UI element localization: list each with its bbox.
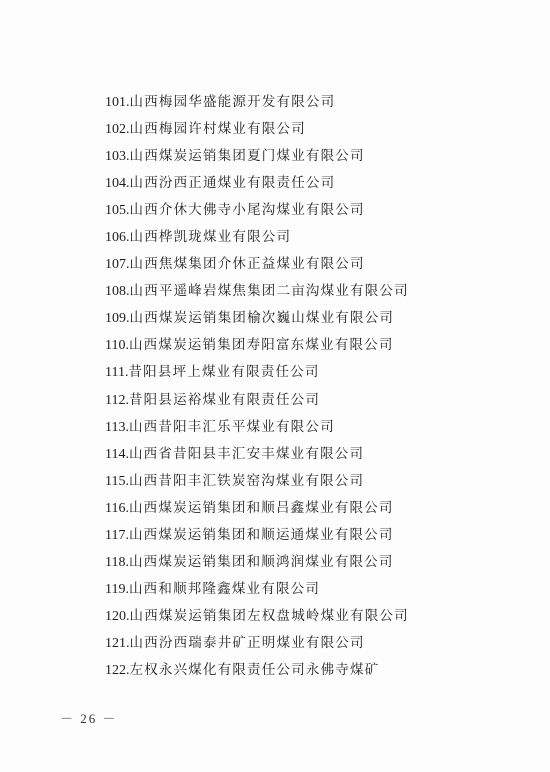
- list-item: 121.山西汾西瑞泰井矿正明煤业有限公司: [105, 630, 409, 657]
- list-item: 105.山西介休大佛寺小尾沟煤业有限公司: [105, 197, 409, 224]
- list-item: 101.山西梅园华盛能源开发有限公司: [105, 89, 409, 116]
- list-item: 114.山西省昔阳县丰汇安丰煤业有限公司: [105, 441, 409, 468]
- item-name: 昔阳县坪上煤业有限责任公司: [128, 364, 319, 380]
- item-number: 114.: [105, 447, 129, 462]
- item-name: 山西汾西瑞泰井矿正明煤业有限公司: [130, 635, 365, 651]
- item-number: 112.: [105, 393, 129, 408]
- list-item: 109.山西煤炭运销集团榆次巍山煤业有限公司: [105, 305, 409, 332]
- item-name: 山西昔阳丰汇乐平煤业有限公司: [129, 419, 335, 435]
- list-item: 122.左权永兴煤化有限责任公司永佛寺煤矿: [105, 657, 409, 684]
- item-number: 121.: [105, 636, 130, 651]
- item-name: 山西梅园许村煤业有限公司: [130, 121, 306, 137]
- list-item: 110.山西煤炭运销集团寿阳富东煤业有限公司: [105, 332, 409, 359]
- item-name: 昔阳县运裕煤业有限责任公司: [129, 392, 320, 408]
- list-item: 120.山西煤炭运销集团左权盘城岭煤业有限公司: [105, 603, 409, 630]
- item-number: 106.: [105, 230, 130, 245]
- list-item: 103.山西煤炭运销集团夏门煤业有限公司: [105, 143, 409, 170]
- list-item: 117.山西煤炭运销集团和顺运通煤业有限公司: [105, 522, 409, 549]
- item-number: 104.: [105, 176, 130, 191]
- item-name: 山西煤炭运销集团和顺吕鑫煤业有限公司: [129, 500, 394, 516]
- company-list: 101.山西梅园华盛能源开发有限公司 102.山西梅园许村煤业有限公司 103.…: [105, 89, 409, 684]
- item-name: 山西平遥峰岩煤焦集团二亩沟煤业有限公司: [130, 283, 409, 299]
- item-number: 101.: [105, 95, 130, 110]
- item-number: 113.: [105, 420, 129, 435]
- list-item: 104.山西汾西正通煤业有限责任公司: [105, 170, 409, 197]
- item-number: 122.: [105, 663, 130, 678]
- item-number: 118.: [105, 555, 129, 570]
- document-page: 101.山西梅园华盛能源开发有限公司 102.山西梅园许村煤业有限公司 103.…: [0, 0, 550, 772]
- list-item: 118.山西煤炭运销集团和顺鸿润煤业有限公司: [105, 549, 409, 576]
- item-number: 116.: [105, 501, 129, 516]
- item-name: 山西昔阳丰汇铁炭窑沟煤业有限公司: [129, 473, 364, 489]
- item-number: 110.: [105, 338, 129, 353]
- list-item: 107.山西焦煤集团介休正益煤业有限公司: [105, 251, 409, 278]
- item-number: 120.: [105, 609, 130, 624]
- list-item: 106.山西桦凯珑煤业有限公司: [105, 224, 409, 251]
- item-number: 103.: [105, 149, 130, 164]
- item-name: 山西煤炭运销集团夏门煤业有限公司: [130, 148, 365, 164]
- list-item: 116.山西煤炭运销集团和顺吕鑫煤业有限公司: [105, 495, 409, 522]
- item-name: 山西省昔阳县丰汇安丰煤业有限公司: [129, 446, 364, 462]
- list-item: 111.昔阳县坪上煤业有限责任公司: [105, 359, 409, 386]
- item-number: 117.: [105, 528, 129, 543]
- list-item: 115.山西昔阳丰汇铁炭窑沟煤业有限公司: [105, 468, 409, 495]
- item-name: 山西梅园华盛能源开发有限公司: [130, 94, 336, 110]
- item-number: 102.: [105, 122, 130, 137]
- item-name: 山西汾西正通煤业有限责任公司: [130, 175, 336, 191]
- page-number: － 26 －: [60, 708, 118, 727]
- list-item: 112.昔阳县运裕煤业有限责任公司: [105, 387, 409, 414]
- item-name: 山西焦煤集团介休正益煤业有限公司: [130, 256, 365, 272]
- list-item: 113.山西昔阳丰汇乐平煤业有限公司: [105, 414, 409, 441]
- item-name: 山西煤炭运销集团和顺运通煤业有限公司: [129, 527, 394, 543]
- item-number: 105.: [105, 203, 130, 218]
- item-number: 115.: [105, 474, 129, 489]
- item-name: 山西介休大佛寺小尾沟煤业有限公司: [130, 202, 365, 218]
- item-name: 山西煤炭运销集团榆次巍山煤业有限公司: [130, 310, 395, 326]
- item-number: 111.: [105, 365, 128, 380]
- item-name: 山西煤炭运销集团左权盘城岭煤业有限公司: [130, 608, 409, 624]
- list-item: 119.山西和顺邦隆鑫煤业有限公司: [105, 576, 409, 603]
- item-name: 山西煤炭运销集团和顺鸿润煤业有限公司: [129, 554, 394, 570]
- list-item: 108.山西平遥峰岩煤焦集团二亩沟煤业有限公司: [105, 278, 409, 305]
- item-number: 109.: [105, 311, 130, 326]
- item-number: 107.: [105, 257, 130, 272]
- item-name: 山西桦凯珑煤业有限公司: [130, 229, 292, 245]
- item-name: 山西煤炭运销集团寿阳富东煤业有限公司: [129, 337, 394, 353]
- list-item: 102.山西梅园许村煤业有限公司: [105, 116, 409, 143]
- item-number: 119.: [105, 582, 129, 597]
- item-number: 108.: [105, 284, 130, 299]
- item-name: 左权永兴煤化有限责任公司永佛寺煤矿: [130, 662, 380, 678]
- item-name: 山西和顺邦隆鑫煤业有限公司: [129, 581, 320, 597]
